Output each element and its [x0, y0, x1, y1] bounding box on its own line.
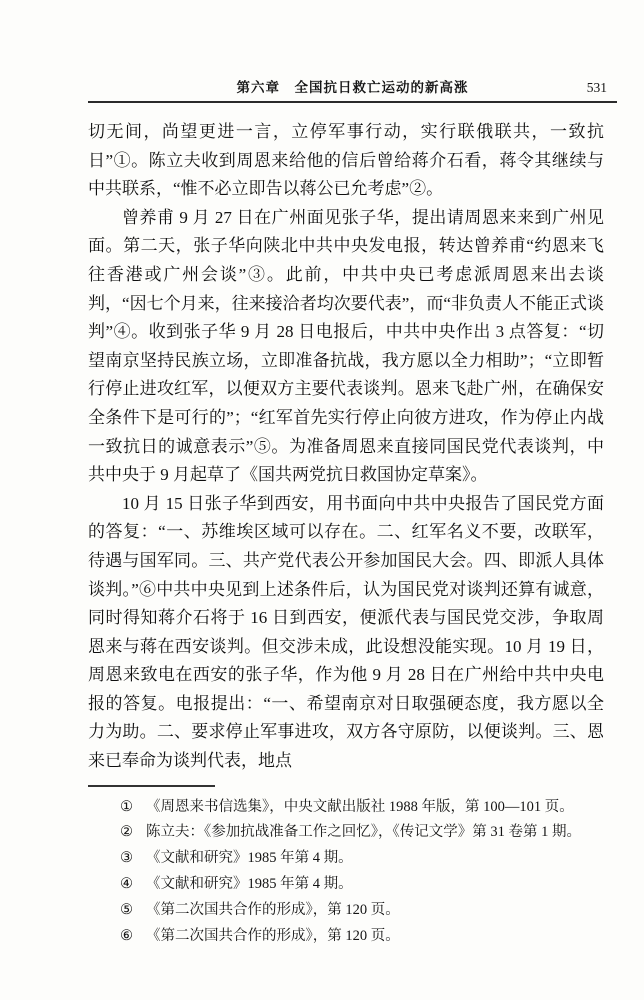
footnote-text: 陈立夫：《参加抗战准备工作之回忆》，《传记文学》第 31 卷第 1 期。 — [146, 820, 617, 846]
page-content: 第六章 全国抗日救亡运动的新高涨 531 切无间，尚望更进一言，立停军事行动，实… — [88, 78, 617, 949]
footnote-text: 《周恩来书信选集》，中央文献出版社 1988 年版，第 100—101 页。 — [146, 795, 617, 821]
body-paragraph: 10 月 15 日张子华到西安，用书面向中共中央报告了国民党方面的答复：“一、苏… — [88, 490, 604, 776]
footnote-marker: ⑥ — [120, 924, 146, 950]
footnote-item: ⑤ 《第二次国共合作的形成》，第 120 页。 — [88, 898, 617, 924]
footnote-list: ① 《周恩来书信选集》，中央文献出版社 1988 年版，第 100—101 页。… — [88, 795, 617, 950]
footnote-item: ③ 《文献和研究》1985 年第 4 期。 — [88, 846, 617, 872]
header-rule — [88, 101, 617, 103]
footnote-text: 《第二次国共合作的形成》，第 120 页。 — [146, 924, 617, 950]
footnote-item: ② 陈立夫：《参加抗战准备工作之回忆》，《传记文学》第 31 卷第 1 期。 — [88, 820, 617, 846]
footnote-marker: ③ — [120, 846, 146, 872]
footnote-text: 《文献和研究》1985 年第 4 期。 — [146, 872, 617, 898]
footnote-item: ④ 《文献和研究》1985 年第 4 期。 — [88, 872, 617, 898]
footnote-item: ⑥ 《第二次国共合作的形成》，第 120 页。 — [88, 924, 617, 950]
footnote-separator-rule — [88, 785, 215, 787]
footnote-text: 《文献和研究》1985 年第 4 期。 — [146, 846, 617, 872]
book-page: 第六章 全国抗日救亡运动的新高涨 531 切无间，尚望更进一言，立停军事行动，实… — [0, 0, 644, 1000]
footnote-marker: ④ — [120, 872, 146, 898]
footnote-text: 《第二次国共合作的形成》，第 120 页。 — [146, 898, 617, 924]
running-head-chapter-title: 第六章 全国抗日救亡运动的新高涨 — [88, 78, 617, 98]
footnote-marker: ① — [120, 795, 146, 821]
body-paragraph: 曾养甫 9 月 27 日在广州面见张子华，提出请周恩来来到广州见面。第二天，张子… — [88, 204, 604, 490]
body-paragraph: 切无间，尚望更进一言，立停军事行动，实行联俄联共，一致抗日”①。陈立夫收到周恩来… — [88, 118, 604, 204]
running-head: 第六章 全国抗日救亡运动的新高涨 531 — [88, 78, 617, 103]
footnote-marker: ② — [120, 820, 146, 846]
body-text: 切无间，尚望更进一言，立停军事行动，实行联俄联共，一致抗日”①。陈立夫收到周恩来… — [88, 118, 604, 776]
footnote-marker: ⑤ — [120, 898, 146, 924]
footnote-item: ① 《周恩来书信选集》，中央文献出版社 1988 年版，第 100—101 页。 — [88, 795, 617, 821]
page-number: 531 — [587, 78, 607, 98]
running-head-row: 第六章 全国抗日救亡运动的新高涨 531 — [88, 78, 617, 98]
